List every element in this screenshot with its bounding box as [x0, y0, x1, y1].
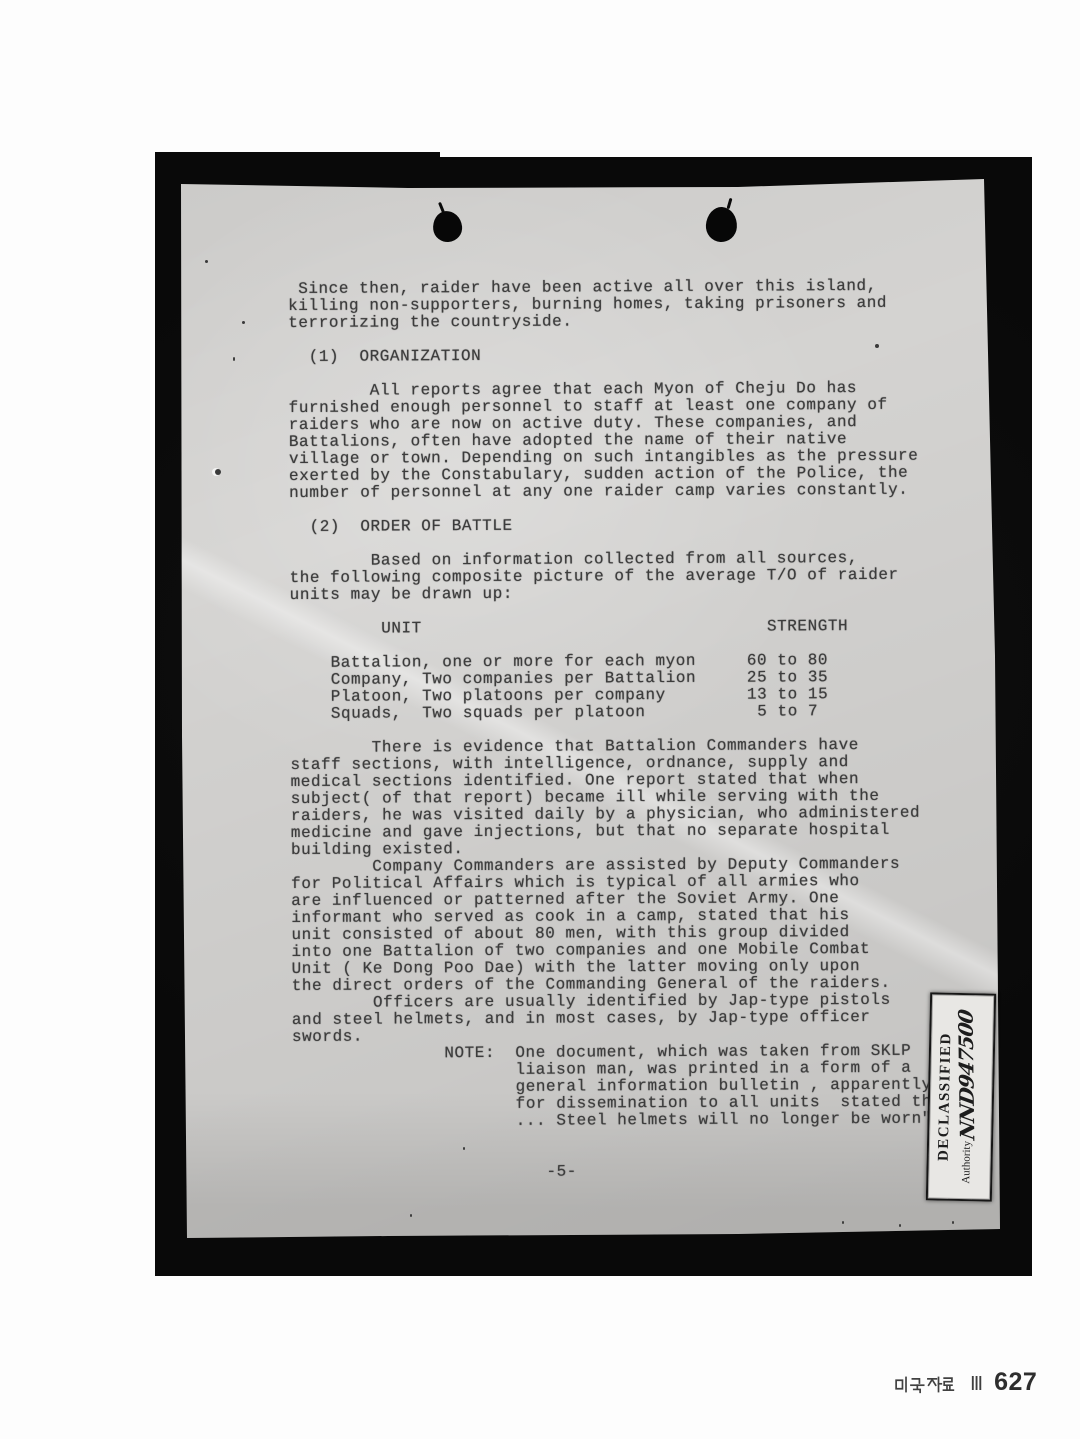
footer-caption: 미국자료 Ⅲ 627 [894, 1368, 1037, 1397]
stamp-authority-number: NND947500 [954, 1008, 980, 1141]
declassified-stamp-text: DECLASSIFIED Authority NND947500 [928, 994, 990, 1199]
ink-speck [242, 321, 245, 324]
declassified-stamp: DECLASSIFIED Authority NND947500 [926, 992, 996, 1201]
stamp-authority-line: Authority NND947500 [950, 995, 978, 1199]
ink-speck [952, 1221, 954, 1224]
ink-speck [899, 1224, 901, 1227]
typewritten-line: the following composite picture of the a… [290, 567, 950, 587]
note-line: ... Steel helmets will no longer be worn… [292, 1111, 952, 1131]
typewritten-line: medicine and gave injections, but that n… [291, 822, 951, 842]
ink-speck [233, 357, 235, 361]
typewritten-line: killing non-supporters, burning homes, t… [288, 295, 948, 315]
ink-speck [842, 1221, 844, 1224]
ink-speck [215, 469, 221, 475]
typewritten-line: number of personnel at any one raider ca… [289, 482, 949, 502]
caption-korean-text: 미국자료 [894, 1368, 895, 1369]
page-number: -5- [293, 1162, 953, 1182]
korean-caption-glyphs [894, 1375, 959, 1394]
volume-numeral: Ⅲ [970, 1373, 983, 1396]
footer-page-number: 627 [994, 1368, 1037, 1397]
ink-speck [205, 260, 208, 263]
ink-speck [410, 1214, 412, 1217]
typewritten-text: Since then, raider have been active all … [288, 278, 953, 1182]
stamp-authority-label: Authority [960, 1141, 973, 1184]
typewritten-line: and steel helmets, and in most cases, by… [292, 1009, 952, 1029]
photo-edge-strip [440, 152, 1032, 157]
